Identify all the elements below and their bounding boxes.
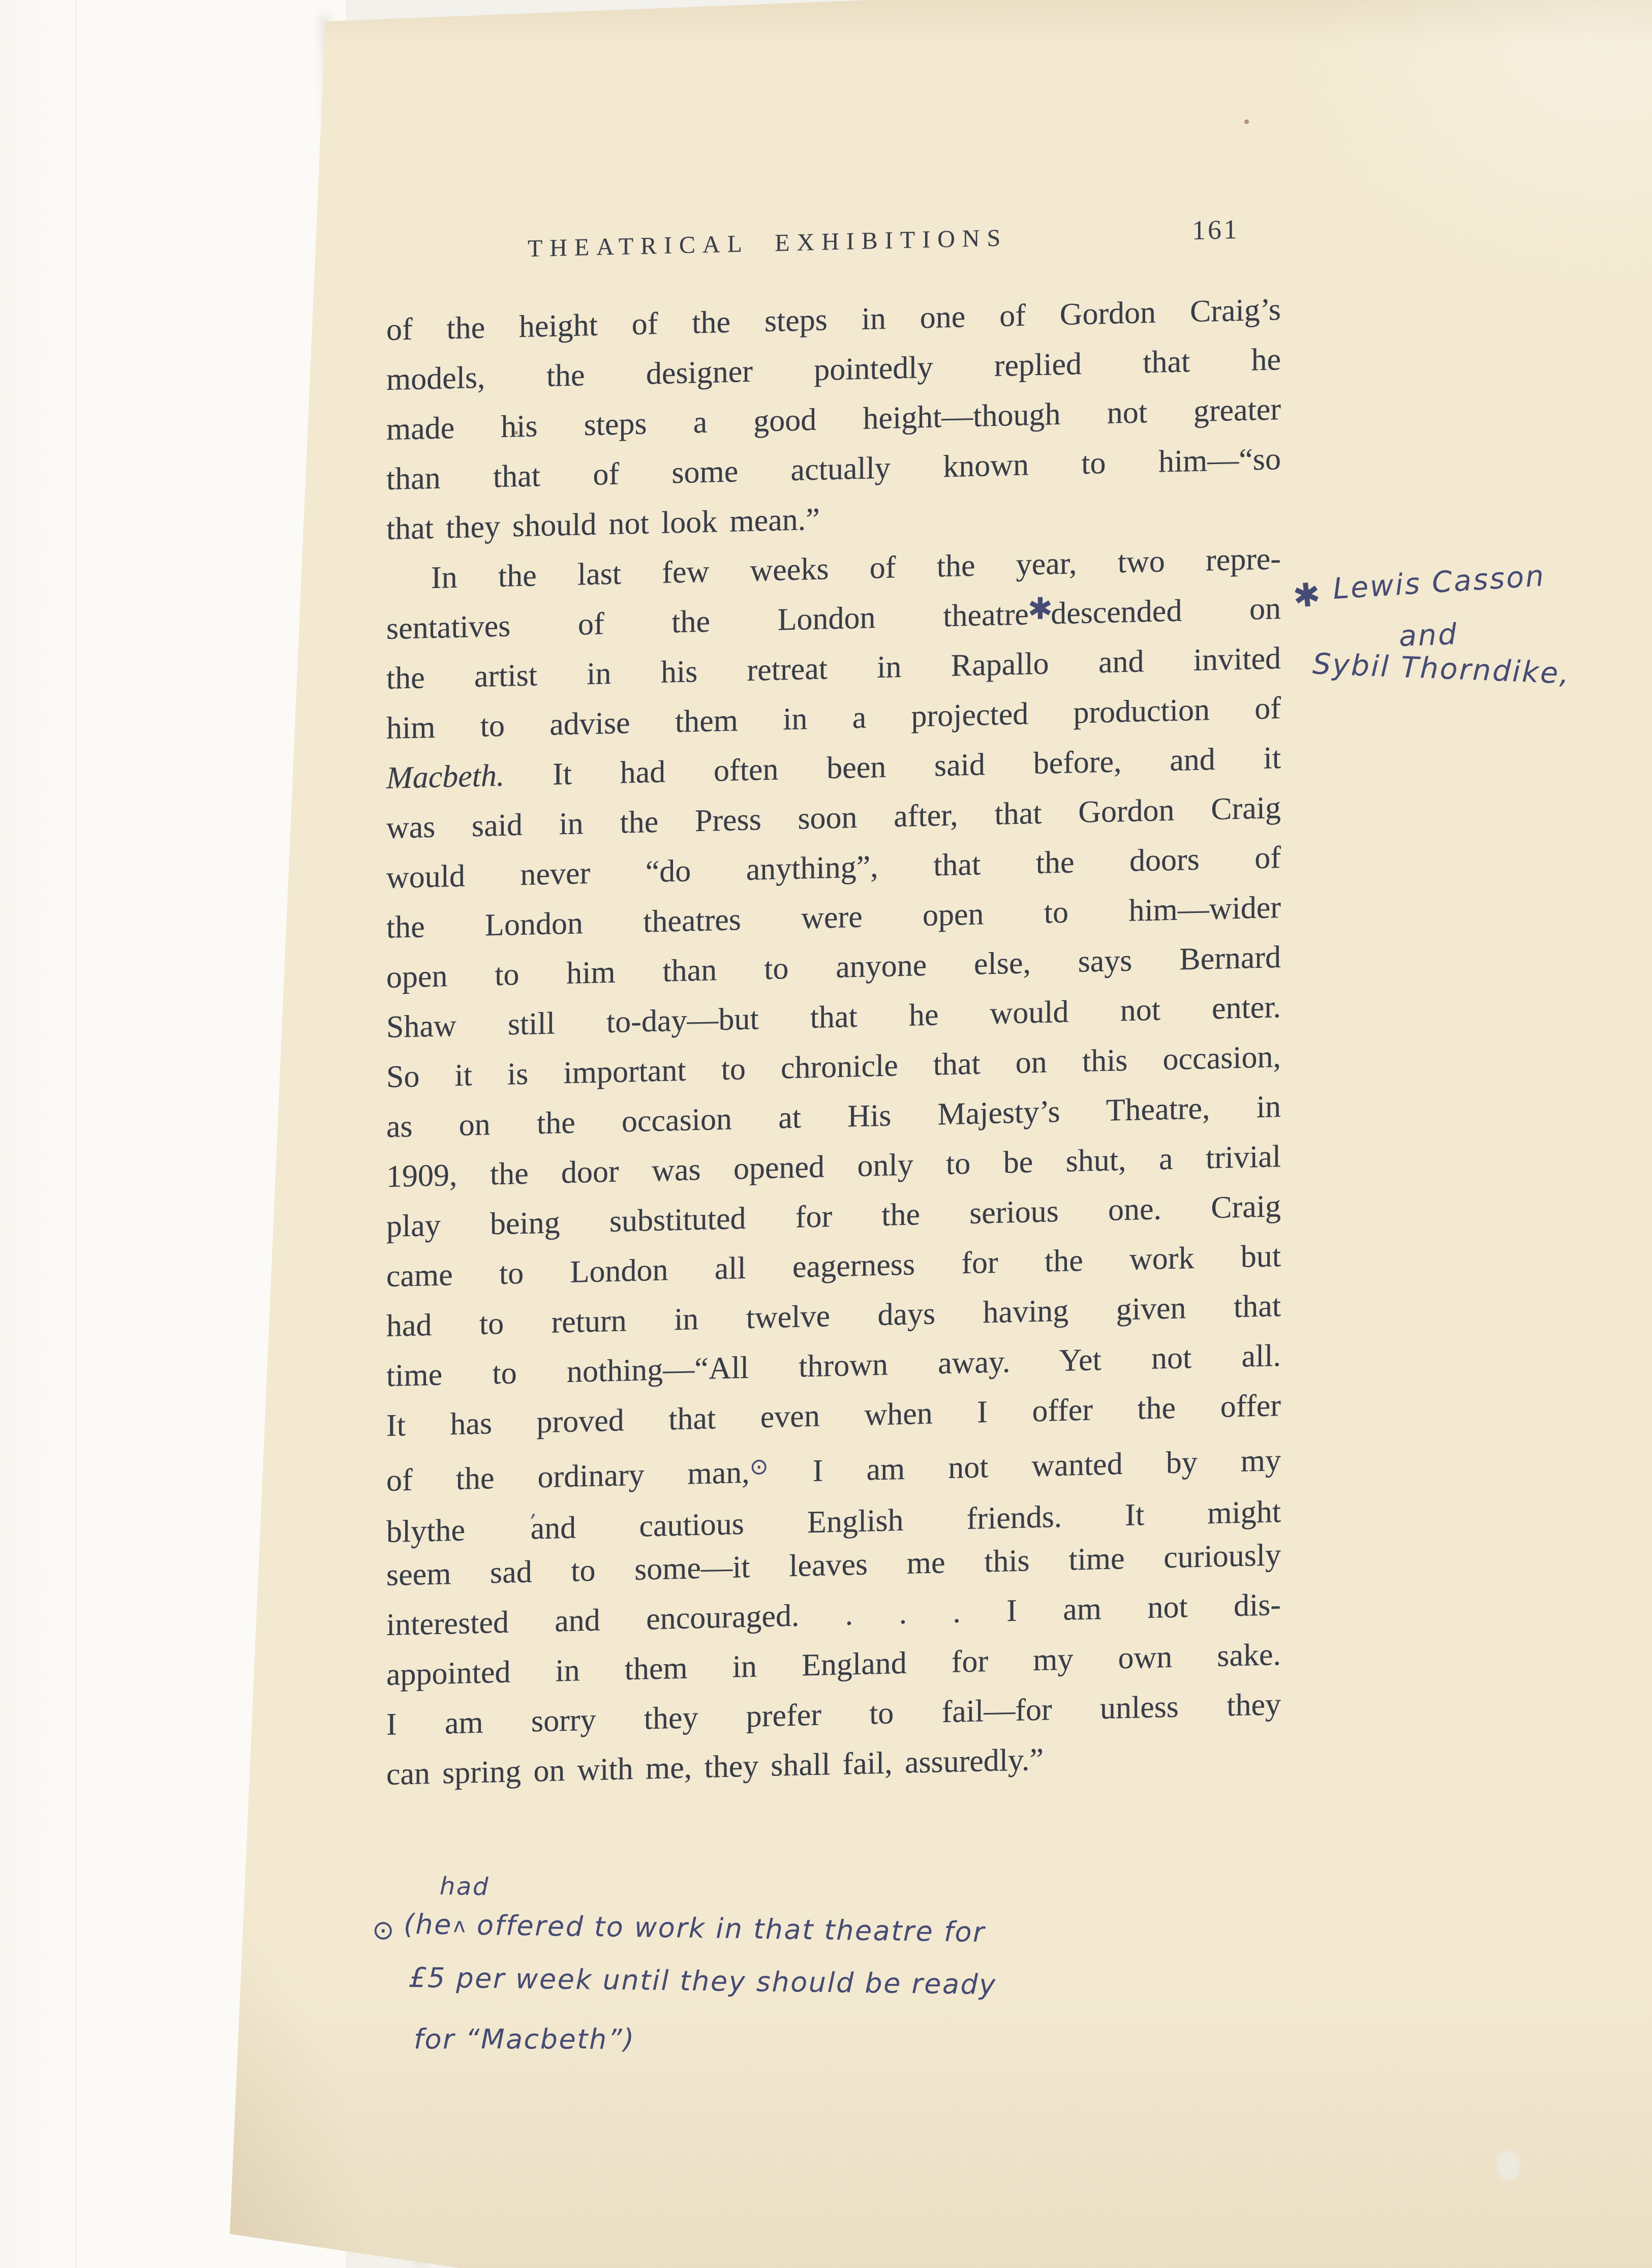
margin-note-line: Lewis Casson [1332,559,1546,606]
handwritten-footnote: ⊙ (hehadʌoffered to work in that theatre… [366,1855,1179,2140]
footnote-line: (hehadʌoffered to work in that theatre f… [404,1903,986,1948]
asterisk-mark: ✱ [1291,575,1324,616]
paper-speck [1244,119,1249,124]
handwritten-margin-note: ✱ Lewis Casson and Sybil Thorndike, [1286,557,1652,724]
body-text: of the height of the steps in one of Gor… [386,285,1281,1799]
book-page-photo: THEATRICAL EXHIBITIONS 161 of the height… [0,0,1652,2268]
page-title: THEATRICAL EXHIBITIONS [528,224,1007,262]
inserted-word: had [440,1872,490,1901]
footnote-line: £5 per week until they should be ready [409,1961,997,2001]
margin-note-line: and [1398,618,1458,653]
footnote-text: (he [404,1908,453,1941]
footnote-line: for “Macbeth”) [414,2023,635,2055]
inline-asterisk-mark: ✱ [1028,591,1053,626]
inline-circled-dot-mark: ⊙ [750,1454,769,1480]
ink-tick-mark: ’ [528,1510,535,1534]
margin-note-line: Sybil Thorndike, [1312,647,1571,690]
circled-dot-mark: ⊙ [372,1915,395,1946]
page-crease [74,0,77,2268]
caret-icon: ʌ [453,1914,467,1937]
page-number: 161 [1192,213,1239,246]
footnote-text: offered to work in that theatre for [477,1909,986,1948]
insertion-caret: hadʌ [452,1904,477,1935]
